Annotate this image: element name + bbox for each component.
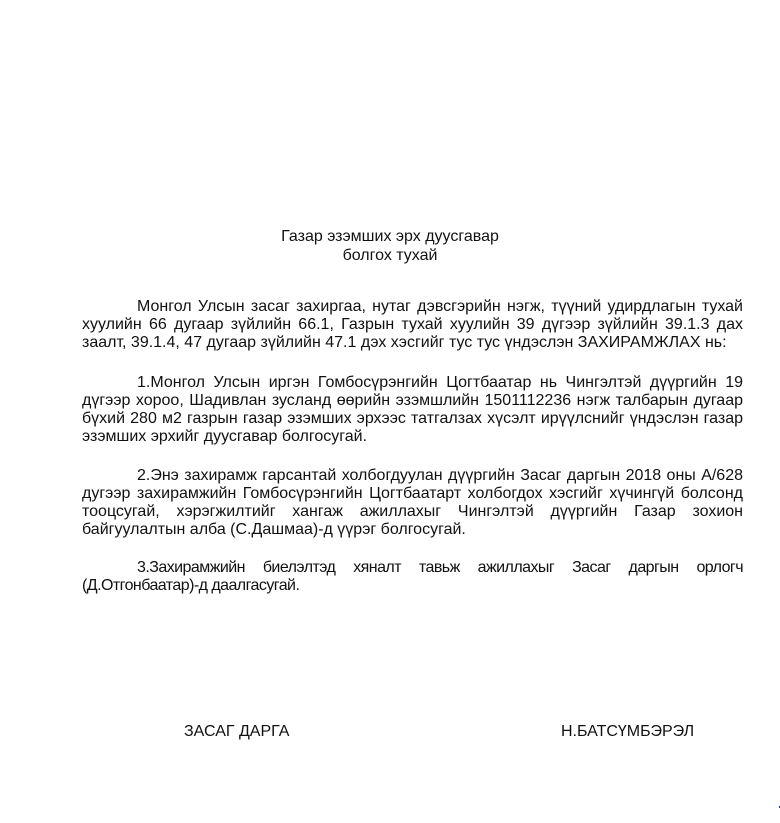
decision-item-1: 1.Монгол Улсын иргэн Гомбосүрэнгийн Цогт… bbox=[82, 374, 743, 446]
document-title: Газар эзэмших эрх дуусгавар болгох тухай bbox=[0, 227, 780, 265]
signatory-name: Н.БАТСҮМБЭРЭЛ bbox=[561, 723, 694, 741]
title-line-2: болгох тухай bbox=[0, 246, 780, 265]
decision-item-2: 2.Энэ захирамж гарсантай холбогдуулан дү… bbox=[82, 467, 743, 539]
intro-paragraph: Монгол Улсын засаг захиргаа, нутаг дэвсг… bbox=[82, 298, 743, 352]
title-line-1: Газар эзэмших эрх дуусгавар bbox=[0, 227, 780, 246]
document-page: Газар эзэмших эрх дуусгавар болгох тухай… bbox=[0, 0, 780, 823]
signatory-position: ЗАСАГ ДАРГА bbox=[184, 723, 289, 741]
decision-item-3: 3.Захирамжийн биелэлтэд хяналт тавьж ажи… bbox=[82, 559, 743, 595]
